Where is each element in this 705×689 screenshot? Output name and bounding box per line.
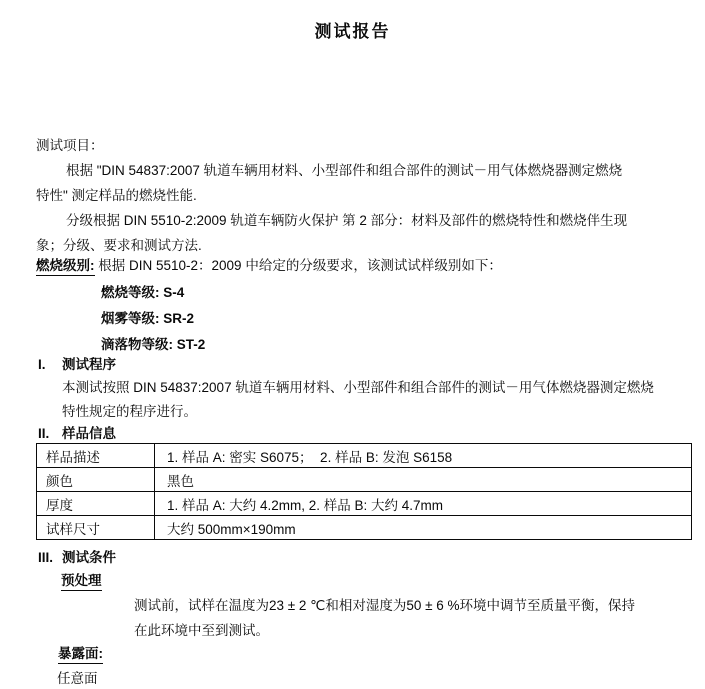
precondition-heading-line: 预处理 — [61, 572, 102, 591]
row-label: 试样尺寸 — [37, 516, 155, 540]
section1-heading: I.测试程序 — [38, 356, 116, 373]
row-label: 样品描述 — [37, 444, 155, 468]
section1-number: I. — [38, 356, 62, 373]
level-smoke: 烟雾等级: SR-2 — [101, 310, 194, 327]
table-row: 颜色 黑色 — [37, 468, 692, 492]
section2-heading: II.样品信息 — [38, 425, 116, 444]
level-burning: 燃烧等级: S-4 — [101, 284, 184, 301]
row-value: 黑色 — [155, 468, 692, 492]
section1-body-line2: 特性规定的程序进行。 — [62, 403, 197, 420]
section2-heading-underline: II.样品信息 — [38, 425, 116, 444]
report-page: 测试报告 测试项目： 根据 "DIN 54837:2007 轨道车辆用材料、小型… — [0, 0, 705, 689]
intro-paragraph2-line1: 分级根据 DIN 5510-2:2009 轨道车辆防火保护 第 2 部分：材料及… — [66, 212, 627, 229]
table-row: 样品描述 1. 样品 A: 密实 S6075； 2. 样品 B: 发泡 S615… — [37, 444, 692, 468]
row-label: 颜色 — [37, 468, 155, 492]
row-label: 厚度 — [37, 492, 155, 516]
intro-paragraph2-line2: 象；分级、要求和测试方法. — [36, 237, 202, 254]
sample-info-table: 样品描述 1. 样品 A: 密实 S6075； 2. 样品 B: 发泡 S615… — [36, 443, 692, 540]
exposure-heading: 暴露面: — [58, 645, 103, 664]
intro-paragraph1-line2: 特性" 测定样品的燃烧性能. — [36, 187, 197, 204]
table-row: 试样尺寸 大约 500mm×190mm — [37, 516, 692, 540]
test-items-heading: 测试项目： — [36, 137, 104, 154]
exposure-heading-line: 暴露面: — [58, 645, 103, 664]
classification-line: 燃烧级别: 根据 DIN 5510-2：2009 中给定的分级要求，该测试试样级… — [36, 257, 502, 276]
section3-number: III. — [38, 549, 62, 566]
classification-label: 燃烧级别: — [36, 257, 95, 276]
page-title: 测试报告 — [0, 17, 705, 42]
row-value: 1. 样品 A: 大约 4.2mm, 2. 样品 B: 大约 4.7mm — [155, 492, 692, 516]
precondition-heading: 预处理 — [61, 572, 102, 591]
section1-title: 测试程序 — [62, 357, 116, 372]
section1-body-line1: 本测试按照 DIN 54837:2007 轨道车辆用材料、小型部件和组合部件的测… — [62, 379, 654, 396]
section3-heading: III.测试条件 — [38, 549, 116, 566]
table-row: 厚度 1. 样品 A: 大约 4.2mm, 2. 样品 B: 大约 4.7mm — [37, 492, 692, 516]
section2-title: 样品信息 — [62, 426, 116, 441]
precondition-line2: 在此环境中至到测试。 — [134, 622, 269, 639]
section3-title: 测试条件 — [62, 550, 116, 565]
intro-paragraph1-line1: 根据 "DIN 54837:2007 轨道车辆用材料、小型部件和组合部件的测试－… — [66, 162, 622, 179]
exposure-value: 任意面 — [57, 670, 98, 687]
classification-text: 根据 DIN 5510-2：2009 中给定的分级要求，该测试试样级别如下： — [95, 258, 502, 273]
level-dripping: 滴落物等级: ST-2 — [101, 336, 205, 353]
row-value: 大约 500mm×190mm — [155, 516, 692, 540]
precondition-line1: 测试前，试样在温度为23 ± 2 ℃和相对湿度为50 ± 6 %环境中调节至质量… — [134, 597, 635, 614]
section2-number: II. — [38, 425, 62, 442]
row-value: 1. 样品 A: 密实 S6075； 2. 样品 B: 发泡 S6158 — [155, 444, 692, 468]
